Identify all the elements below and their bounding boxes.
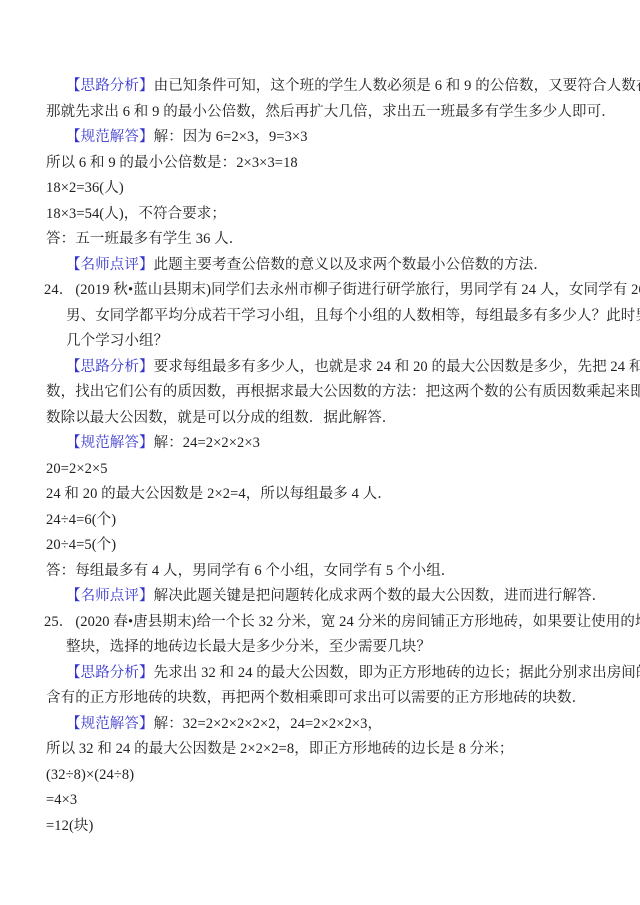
text-line: 整块，选择的地砖边长最大是多少分米，至少需要几块？ [44, 635, 604, 661]
text-line: 数除以最大公因数，就是可以分成的组数．据此解答． [44, 406, 604, 432]
text-line: 25．(2020 春•唐县期末)给一个长 32 分米，宽 24 分米的房间铺正方… [44, 610, 604, 636]
text-line: 【名师点评】解决此题关键是把问题转化成求两个数的最大公因数，进而进行解答． [44, 584, 604, 610]
text-line: 【思路分析】先求出 32 和 24 的最大公因数，即为正方形地砖的边长；据此分别… [44, 661, 604, 687]
line-text: 此题主要考查公倍数的意义以及求两个数最小公倍数的方法． [154, 257, 548, 273]
line-text: 解决此题关键是把问题转化成求两个数的最大公因数，进而进行解答． [154, 588, 607, 604]
line-text: 解：32=2×2×2×2×2，24=2×2×2×3， [154, 716, 382, 732]
line-text: =12(块) [46, 818, 93, 834]
text-line: =12(块) [44, 814, 604, 840]
question-number: 24． [44, 282, 75, 298]
text-line: 所以 6 和 9 的最小公倍数是：2×3×3=18 [44, 151, 604, 177]
line-text: 含有的正方形地砖的块数，再把两个数相乘即可求出可以需要的正方形地砖的块数． [46, 690, 586, 706]
line-text: 所以 32 和 24 的最大公因数是 2×2×2=8，即正方形地砖的边长是 8 … [46, 741, 513, 757]
line-text: 18×3=54(人)，不符合要求； [46, 206, 226, 222]
text-line: 24 和 20 的最大公因数是 2×2=4，所以每组最多 4 人． [44, 482, 604, 508]
text-line: 含有的正方形地砖的块数，再把两个数相乘即可求出可以需要的正方形地砖的块数． [44, 686, 604, 712]
text-line: 24．(2019 秋•蓝山县期末)同学们去永州市柳子街进行研学旅行，男同学有 2… [44, 278, 604, 304]
line-text: 数除以最大公因数，就是可以分成的组数．据此解答． [46, 410, 396, 426]
line-text: (2020 春•唐县期末)给一个长 32 分米，宽 24 分米的房间铺正方形地砖… [75, 614, 640, 630]
line-text: 答：每组最多有 4 人，男同学有 6 个小组，女同学有 5 个小组． [46, 563, 455, 579]
line-text: 所以 6 和 9 的最小公倍数是：2×3×3=18 [46, 155, 298, 171]
text-line: 【规范解答】解：24=2×2×2×3 [44, 431, 604, 457]
text-line: 18×2=36(人) [44, 176, 604, 202]
text-line: 【规范解答】解：因为 6=2×3，9=3×3 [44, 125, 604, 151]
section-label: 【思路分析】 [66, 665, 154, 681]
line-text: 男、女同学都平均分成若干学习小组，且每个小组的人数相等，每组最多有多少人？此时男… [66, 308, 640, 324]
text-line: (32÷8)×(24÷8) [44, 763, 604, 789]
line-text: 那就先求出 6 和 9 的最小公倍数，然后再扩大几倍，求出五一班最多有学生多少人… [46, 104, 616, 120]
text-line: 答：五一班最多有学生 36 人． [44, 227, 604, 253]
text-line: 【名师点评】此题主要考查公倍数的意义以及求两个数最小公倍数的方法． [44, 253, 604, 279]
text-line: 答：每组最多有 4 人，男同学有 6 个小组，女同学有 5 个小组． [44, 559, 604, 585]
line-text: 要求每组最多有多少人，也就是求 24 和 20 的最大公因数是多少，先把 24 … [154, 359, 640, 375]
document-page: 【思路分析】由已知条件可知，这个班的学生人数必须是 6 和 9 的公倍数，又要符… [0, 0, 640, 905]
line-text: 几个学习小组？ [66, 333, 168, 349]
document-body: 【思路分析】由已知条件可知，这个班的学生人数必须是 6 和 9 的公倍数，又要符… [44, 74, 604, 839]
text-line: 【思路分析】由已知条件可知，这个班的学生人数必须是 6 和 9 的公倍数，又要符… [44, 74, 604, 100]
line-text: =4×3 [46, 792, 77, 808]
text-line: 24÷4=6(个) [44, 508, 604, 534]
line-text: 解：24=2×2×2×3 [154, 435, 260, 451]
section-label: 【规范解答】 [66, 129, 154, 145]
section-label: 【名师点评】 [66, 257, 154, 273]
text-line: 男、女同学都平均分成若干学习小组，且每个小组的人数相等，每组最多有多少人？此时男… [44, 304, 604, 330]
text-line: 18×3=54(人)，不符合要求； [44, 202, 604, 228]
line-text: (32÷8)×(24÷8) [46, 767, 134, 783]
text-line: 所以 32 和 24 的最大公因数是 2×2×2=8，即正方形地砖的边长是 8 … [44, 737, 604, 763]
text-line: =4×3 [44, 788, 604, 814]
section-label: 【名师点评】 [66, 588, 154, 604]
question-number: 25． [44, 614, 75, 630]
line-text: 解：因为 6=2×3，9=3×3 [154, 129, 308, 145]
line-text: 20=2×2×5 [46, 461, 108, 477]
text-line: 数，找出它们公有的质因数，再根据求最大公因数的方法：把这两个数的公有质因数乘起来… [44, 380, 604, 406]
text-line: 20÷4=5(个) [44, 533, 604, 559]
line-text: 先求出 32 和 24 的最大公因数，即为正方形地砖的边长；据此分别求出房间的长… [154, 665, 640, 681]
section-label: 【规范解答】 [66, 435, 154, 451]
section-label: 【规范解答】 [66, 716, 154, 732]
line-text: 24 和 20 的最大公因数是 2×2=4，所以每组最多 4 人． [46, 486, 392, 502]
line-text: 18×2=36(人) [46, 180, 124, 196]
line-text: 数，找出它们公有的质因数，再根据求最大公因数的方法：把这两个数的公有质因数乘起来… [46, 384, 640, 400]
text-line: 那就先求出 6 和 9 的最小公倍数，然后再扩大几倍，求出五一班最多有学生多少人… [44, 100, 604, 126]
section-label: 【思路分析】 [66, 359, 154, 375]
line-text: 20÷4=5(个) [46, 537, 116, 553]
line-text: 由已知条件可知，这个班的学生人数必须是 6 和 9 的公倍数，又要符合人数在 4… [154, 78, 640, 94]
line-text: 24÷4=6(个) [46, 512, 116, 528]
line-text: (2019 秋•蓝山县期末)同学们去永州市柳子街进行研学旅行，男同学有 24 人… [75, 282, 640, 298]
text-line: 【规范解答】解：32=2×2×2×2×2，24=2×2×2×3， [44, 712, 604, 738]
text-line: 【思路分析】要求每组最多有多少人，也就是求 24 和 20 的最大公因数是多少，… [44, 355, 604, 381]
section-label: 【思路分析】 [66, 78, 154, 94]
line-text: 答：五一班最多有学生 36 人． [46, 231, 243, 247]
text-line: 20=2×2×5 [44, 457, 604, 483]
text-line: 几个学习小组？ [44, 329, 604, 355]
line-text: 整块，选择的地砖边长最大是多少分米，至少需要几块？ [66, 639, 431, 655]
